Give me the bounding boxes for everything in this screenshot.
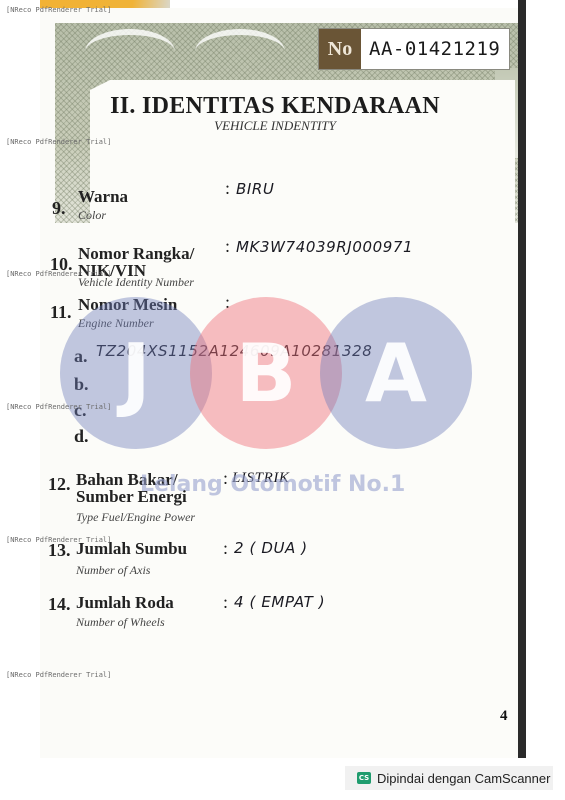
serial-label: No [319,29,361,69]
page-number: 4 [500,708,508,725]
trial-stamp: [NReco PdfRenderer Trial] [6,671,111,679]
field-label-en: Number of Axis [76,563,150,578]
field-value: 2 ( DUA ) [234,539,308,557]
serial-number: AA-01421219 [361,29,509,69]
field-colon: : [223,538,228,559]
field-colon: : [225,178,230,199]
field-value: 4 ( EMPAT ) [234,593,325,611]
page-edge-shadow [518,0,526,758]
trial-stamp: [NReco PdfRenderer Trial] [6,536,111,544]
trial-stamp: [NReco PdfRenderer Trial] [6,6,111,14]
field-colon: : [225,236,230,257]
pattern-wave [85,29,175,75]
field-value: MK3W74039RJ000971 [236,238,413,256]
watermark-logo-a: A [320,297,472,449]
trial-stamp: [NReco PdfRenderer Trial] [6,138,111,146]
field-label: Jumlah Roda [76,594,174,612]
field-label-en: Type Fuel/Engine Power [76,510,195,525]
serial-number-box: No AA-01421219 [318,28,510,70]
trial-stamp: [NReco PdfRenderer Trial] [6,270,111,278]
field-colon: : [223,592,228,613]
watermark-tagline: Lelang Otomotif No.1 [140,472,405,497]
field-value: BIRU [236,180,275,198]
camscanner-text: Dipindai dengan CamScanner [377,771,550,786]
field-label-en: Color [78,208,106,223]
pattern-wave [195,29,285,75]
field-number: 12. [48,474,71,495]
field-number: 14. [48,594,71,615]
section-subtitle: VEHICLE INDENTITY [110,118,440,134]
trial-stamp: [NReco PdfRenderer Trial] [6,403,111,411]
field-number: 11. [50,302,72,323]
field-number: 9. [52,198,66,219]
field-label-en: Number of Wheels [76,615,165,630]
camscanner-badge: CS Dipindai dengan CamScanner [345,766,553,790]
camscanner-icon: CS [357,772,371,784]
section-title: II. IDENTITAS KENDARAAN [110,93,440,120]
field-label: Warna [78,188,128,206]
